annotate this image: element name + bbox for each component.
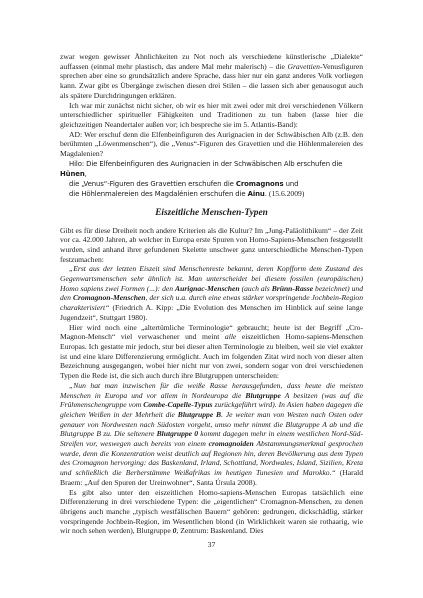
page-number: 37 bbox=[60, 540, 363, 549]
text-run: Cromagnons bbox=[236, 180, 284, 188]
paragraph: Es gibt also unter den eiszeitlichen Hom… bbox=[60, 488, 363, 537]
text-run: Blutgruppe B bbox=[178, 410, 221, 419]
text-run: AD: Wer erschuf denn die Elfenbeinfigure… bbox=[60, 130, 363, 158]
text-run: Ainu bbox=[248, 190, 265, 198]
paragraph: zwar wegen gewisser Ähnlichkeiten zu Not… bbox=[60, 52, 363, 101]
hilo-line: Hilo: Die Elfenbeinfiguren des Aurignaci… bbox=[60, 159, 363, 169]
text-run: , bbox=[85, 170, 87, 178]
quote-paragraph: „Nun hat man inzwischen für die weiße Ra… bbox=[60, 381, 363, 488]
text-run: Ich war mir zunächst nicht sicher, ob wi… bbox=[60, 101, 363, 129]
text-run: und bbox=[283, 180, 298, 188]
text-run: die Höhlenmalereien des Magdalénien ersc… bbox=[69, 190, 248, 198]
text-run: (auch als bbox=[240, 284, 272, 293]
hilo-line: Hünen, bbox=[60, 169, 363, 179]
paragraph: Gibt es für diese Dreiheit noch andere K… bbox=[60, 226, 363, 265]
hilo-answer-block: Hilo: Die Elfenbeinfiguren des Aurignaci… bbox=[60, 159, 363, 200]
page-body: zwar wegen gewisser Ähnlichkeiten zu Not… bbox=[60, 52, 363, 536]
text-run: Eiszeitliche Menschen-Typen bbox=[155, 208, 268, 218]
text-run: Hünen bbox=[60, 170, 85, 178]
text-run: Gravettien bbox=[287, 62, 319, 71]
paragraph: AD: Wer erschuf denn die Elfenbeinfigure… bbox=[60, 130, 363, 159]
text-run: Gibt es für diese Dreiheit noch andere K… bbox=[60, 226, 363, 264]
text-run: , Zentrum: Baskenland. Dies bbox=[176, 526, 263, 535]
text-run: (15.6.2009) bbox=[269, 189, 304, 198]
quote-paragraph: „Erst aus der letzten Eiszeit sind Mensc… bbox=[60, 264, 363, 322]
paragraph: Hier wird noch eine „altertümliche Termi… bbox=[60, 323, 363, 381]
text-run: alle bbox=[225, 332, 236, 341]
document-page: zwar wegen gewisser Ähnlichkeiten zu Not… bbox=[0, 0, 423, 598]
text-run: Combe-Capelle-Typus bbox=[143, 400, 212, 409]
text-run: Cromagnon-Menschen bbox=[73, 293, 146, 302]
text-run: Hilo: Die Elfenbeinfiguren des Aurignaci… bbox=[69, 160, 342, 168]
text-run: cromagnoiden bbox=[209, 439, 254, 448]
text-run: Aurignac-Menschen bbox=[175, 284, 240, 293]
text-run: Blutgruppe 0 bbox=[157, 429, 198, 438]
paragraph: Ich war mir zunächst nicht sicher, ob wi… bbox=[60, 101, 363, 130]
text-run: Blutgruppe bbox=[245, 391, 280, 400]
hilo-line: die Höhlenmalereien des Magdalénien ersc… bbox=[60, 189, 363, 199]
text-run: die „Venus“-Figuren des Gravettien ersch… bbox=[69, 180, 236, 188]
section-heading: Eiszeitliche Menschen-Typen bbox=[60, 208, 363, 219]
hilo-line: die „Venus“-Figuren des Gravettien ersch… bbox=[60, 179, 363, 189]
text-run: Brünn-Rasse bbox=[272, 284, 313, 293]
